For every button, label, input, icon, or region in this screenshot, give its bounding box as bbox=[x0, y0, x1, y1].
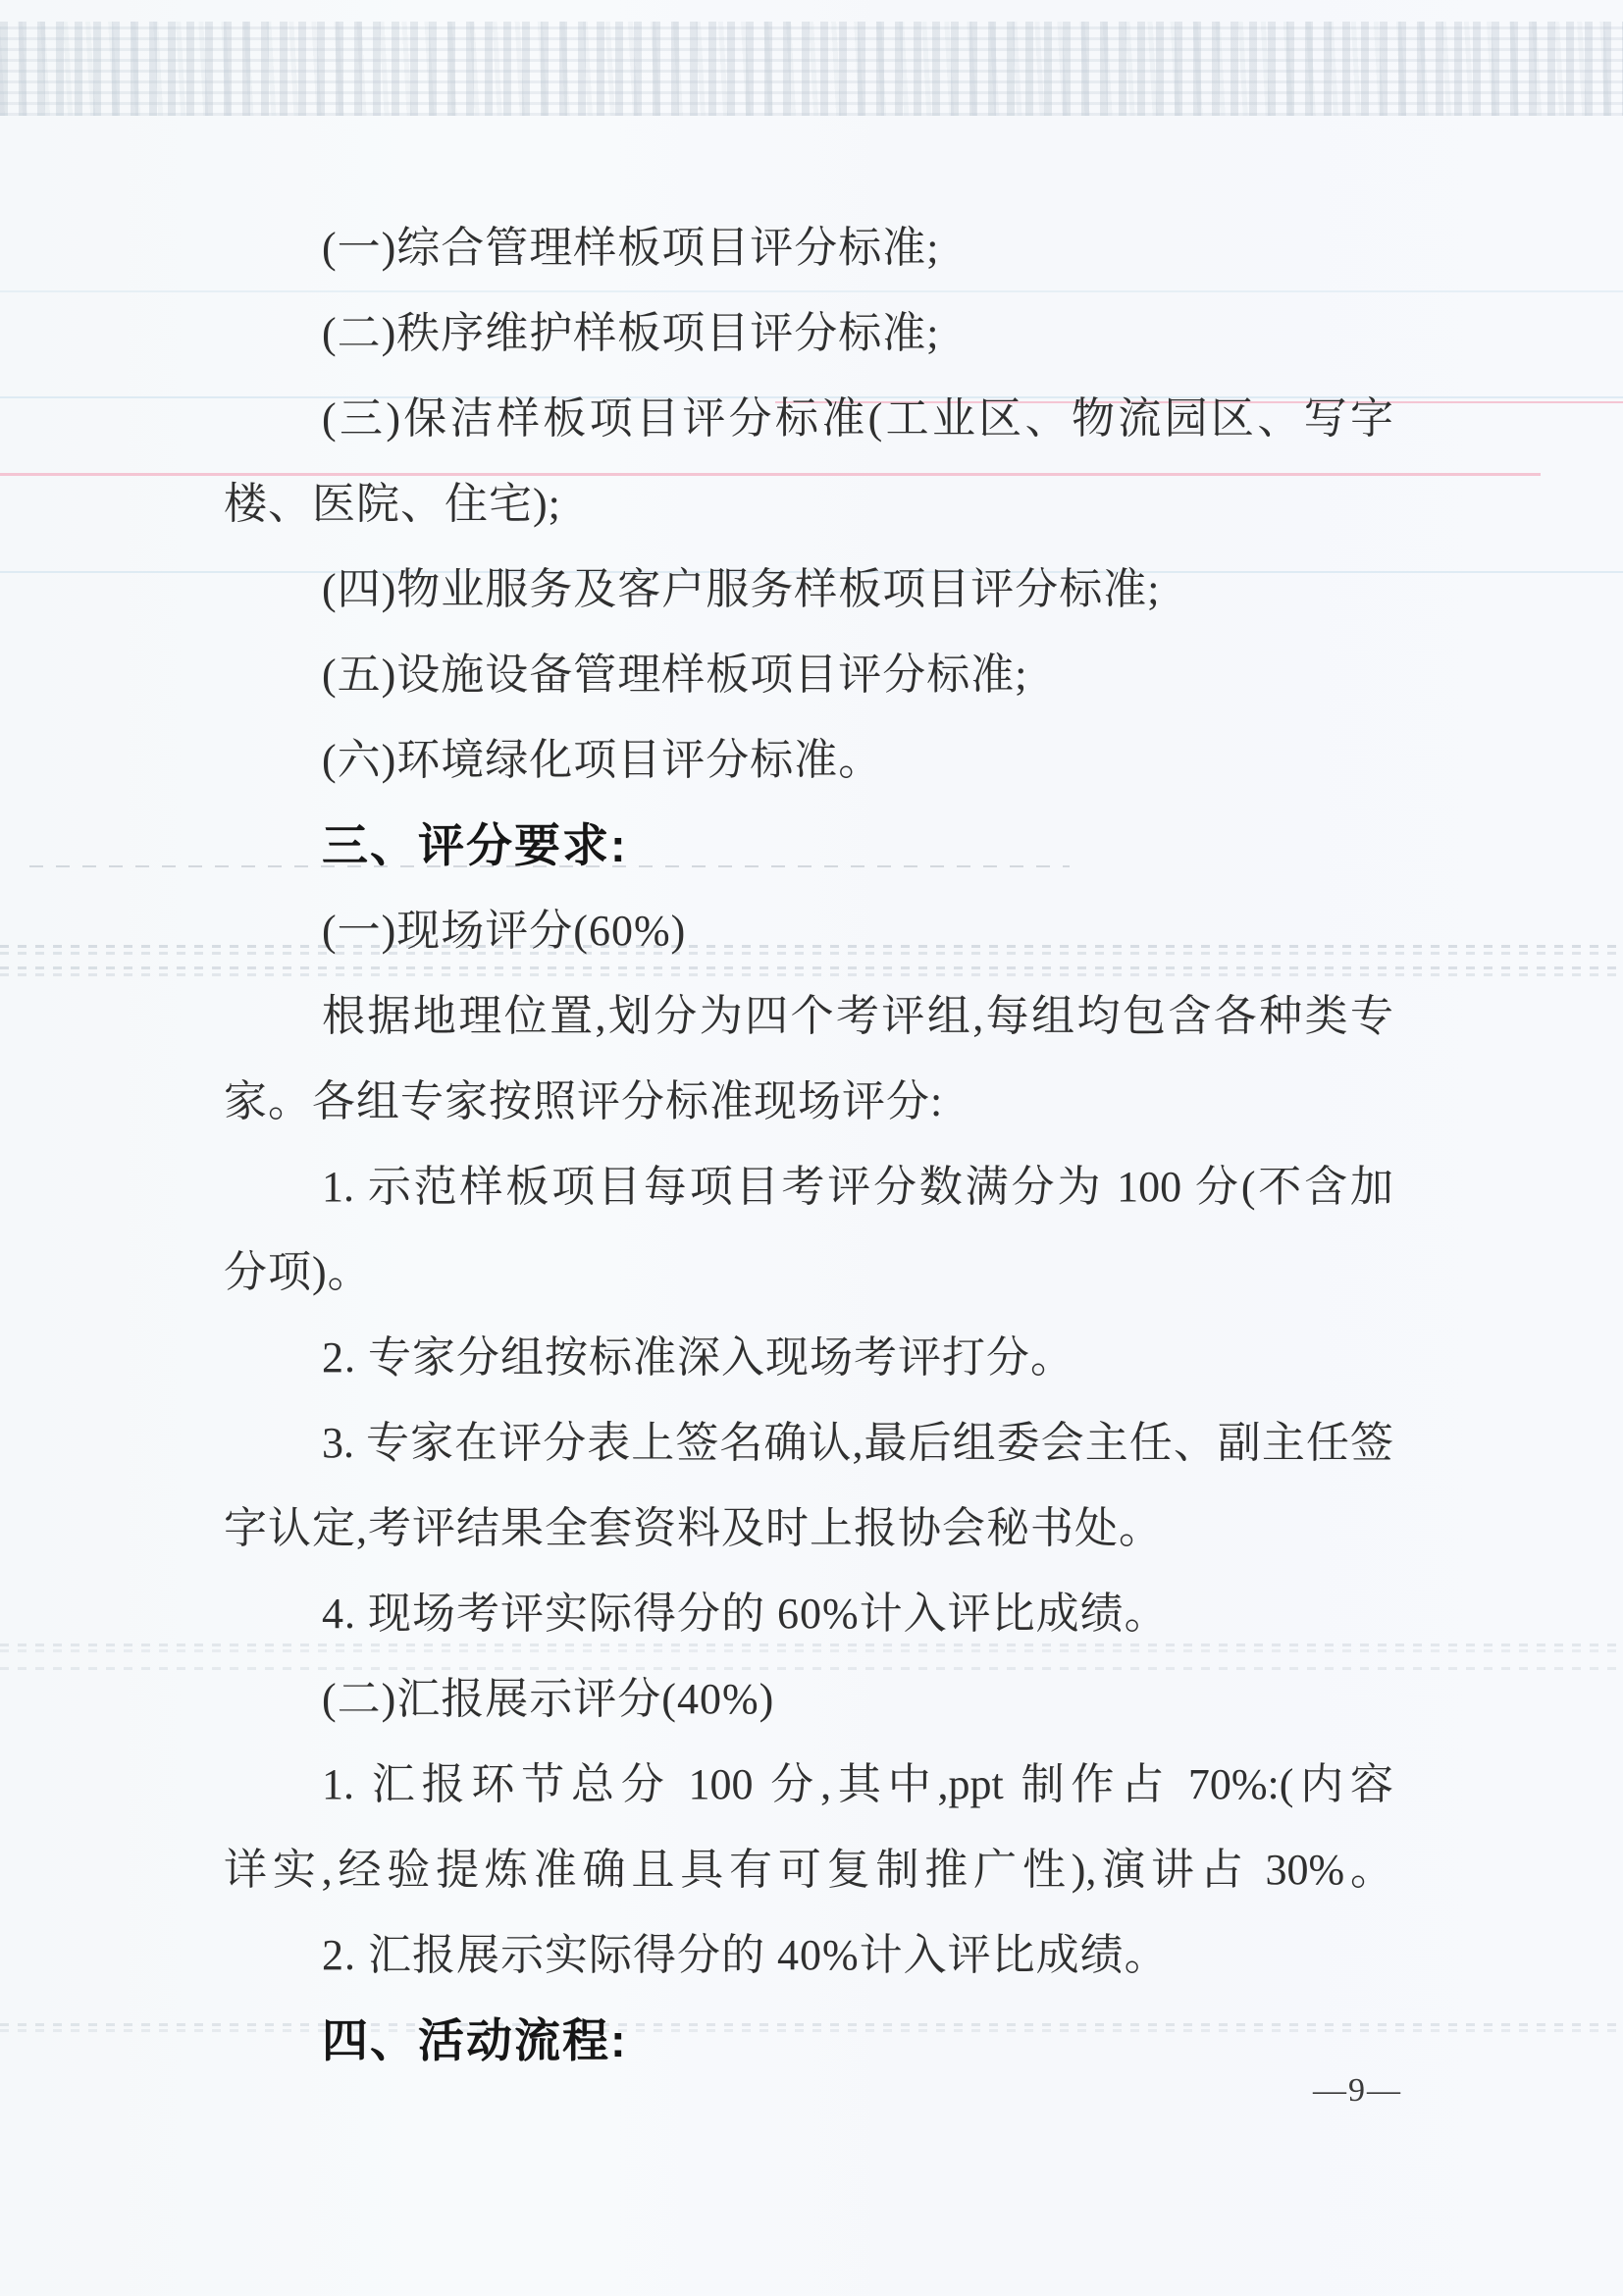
text-line: 分项)。 bbox=[224, 1243, 1393, 1302]
text-line: (二)秩序维护样板项目评分标准; bbox=[224, 304, 1393, 363]
scan-line-cyan bbox=[0, 290, 1623, 292]
text-line: (二)汇报展示评分(40%) bbox=[224, 1670, 1393, 1729]
text-line: 1. 示范样板项目每项目考评分数满分为 100 分(不含加 bbox=[224, 1158, 1393, 1217]
scan-noise-row bbox=[0, 1644, 1623, 1646]
text-line: 详实,经验提炼准确且具有可复制推广性),演讲占 30%。 bbox=[224, 1841, 1393, 1900]
text-line: (一)综合管理样板项目评分标准; bbox=[224, 219, 1393, 278]
scan-noise-band-top bbox=[0, 22, 1623, 116]
text-line: (六)环境绿化项目评分标准。 bbox=[224, 731, 1393, 790]
section-heading: 四、活动流程: bbox=[224, 2011, 1393, 2070]
text-line: (五)设施设备管理样板项目评分标准; bbox=[224, 646, 1393, 704]
scan-noise-row bbox=[0, 973, 1623, 976]
document-page: (一)综合管理样板项目评分标准; (二)秩序维护样板项目评分标准; (三)保洁样… bbox=[0, 0, 1623, 2296]
text-line: 楼、医院、住宅); bbox=[224, 475, 1393, 534]
text-line: 2. 汇报展示实际得分的 40%计入评比成绩。 bbox=[224, 1926, 1393, 1985]
page-number: —9— bbox=[1313, 2072, 1402, 2110]
text-line: 字认定,考评结果全套资料及时上报协会秘书处。 bbox=[224, 1499, 1393, 1558]
text-line: (四)物业服务及客户服务样板项目评分标准; bbox=[224, 560, 1393, 619]
text-line: 3. 专家在评分表上签名确认,最后组委会主任、副主任签 bbox=[224, 1414, 1393, 1473]
text-line: 4. 现场考评实际得分的 60%计入评比成绩。 bbox=[224, 1585, 1393, 1644]
text-line: (一)现场评分(60%) bbox=[224, 902, 1393, 961]
section-heading: 三、评分要求: bbox=[224, 816, 1393, 875]
scan-noise-row bbox=[0, 966, 1623, 969]
text-line: 根据地理位置,划分为四个考评组,每组均包含各种类专 bbox=[224, 987, 1393, 1046]
text-line: (三)保洁样板项目评分标准(工业区、物流园区、写字 bbox=[224, 390, 1393, 448]
scan-noise-row bbox=[0, 1649, 1623, 1652]
text-line: 2. 专家分组按标准深入现场考评打分。 bbox=[224, 1329, 1393, 1387]
text-line: 家。各组专家按照评分标准现场评分: bbox=[224, 1072, 1393, 1131]
text-line: 1. 汇报环节总分 100 分,其中,ppt 制作占 70%:(内容 bbox=[224, 1755, 1393, 1814]
